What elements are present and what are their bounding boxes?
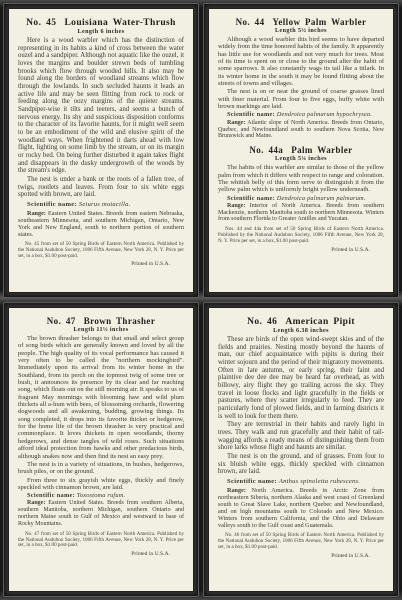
card-title: No. 47Brown Thrasher: [18, 316, 184, 326]
description-paragraph: They are terrestrial in their habits and…: [218, 421, 384, 452]
card-46: No. 46American Pipit Length 6.38 inches …: [208, 307, 394, 592]
card-number: No. 46: [247, 317, 277, 327]
description-paragraph: The nest is on or near the ground of coa…: [218, 88, 384, 110]
scientific-name-label: Scientific name:: [227, 195, 275, 202]
scientific-name-value: Anthus spinoletta rubescens.: [279, 478, 360, 485]
scientific-name-value: Dendroica palmarum palmarum.: [277, 195, 366, 202]
card-number: No. 44a: [249, 145, 283, 155]
card-photo-board: No. 45Louisiana Water-Thrush Length 6 in…: [0, 0, 402, 600]
card-number: No. 44: [236, 17, 265, 27]
scientific-name-line: Scientific name: Toxostoma rufum.: [18, 492, 184, 499]
card-entry: No. 45Louisiana Water-Thrush Length 6 in…: [18, 16, 184, 240]
card-sleeve-46: No. 46American Pipit Length 6.38 inches …: [203, 302, 399, 597]
card-title: No. 44aPalm Warbler: [218, 145, 384, 155]
range-line: Range: Atlantic slope of North America. …: [218, 120, 384, 140]
description-paragraph: Here is a wood warbler which has the dis…: [18, 37, 184, 175]
card-title: No. 45Louisiana Water-Thrush: [18, 18, 184, 28]
range-label: Range:: [27, 210, 46, 217]
card-title: No. 46American Pipit: [218, 317, 384, 327]
scientific-name-value: Toxostoma rufum.: [77, 492, 125, 499]
description-paragraph: The nest is in a variety of situations, …: [18, 461, 184, 476]
card-44-44a: No. 44Yellow Palm Warbler Length 5½ inch…: [208, 8, 394, 293]
printed-note: Printed in U.S.A.: [18, 551, 184, 557]
card-45: No. 45Louisiana Water-Thrush Length 6 in…: [8, 8, 194, 293]
card-bird-name: Yellow Palm Warbler: [272, 17, 366, 27]
scientific-name-line: Scientific name: Dendroica palmarum palm…: [218, 195, 384, 202]
card-47: No. 47Brown Thrasher Length 11½ inches T…: [8, 307, 194, 592]
card-number: No. 47: [47, 316, 76, 326]
description-paragraph: The brown thrasher belongs to that small…: [18, 335, 184, 460]
card-sleeve-44: No. 44Yellow Palm Warbler Length 5½ inch…: [203, 3, 399, 298]
card-sleeve-47: No. 47Brown Thrasher Length 11½ inches T…: [3, 302, 199, 597]
scientific-name-label: Scientific name:: [27, 201, 77, 208]
card-entry: No. 44Yellow Palm Warbler Length 5½ inch…: [218, 16, 384, 142]
length-line: Length 11½ inches: [18, 327, 184, 333]
scientific-name-value: Dendroica palmarum hypochrysea.: [277, 111, 372, 118]
set-footnote: Nos. 44 and 44a from set of 50 Spring Bi…: [218, 227, 384, 245]
scientific-name-label: Scientific name:: [27, 492, 75, 499]
range-line: Range: Interior of North America. Breeds…: [218, 203, 384, 223]
range-line: Range: Eastern United States. Breeds fro…: [18, 500, 184, 527]
length-line: Length 5½ inches: [218, 28, 384, 34]
scientific-name-line: Scientific name: Anthus spinoletta rubes…: [218, 478, 384, 486]
description-paragraph: The habits of this warbler are similar t…: [218, 164, 384, 193]
scientific-name-line: Scientific name: Seiurus motacilla.: [18, 201, 184, 209]
card-entry: No. 44aPalm Warbler Length 5¼ inches The…: [218, 144, 384, 225]
range-label: Range:: [27, 500, 45, 506]
range-text: North America. Breeds in Arctic Zone fro…: [218, 487, 384, 529]
set-footnote: No. 45 from set of 50 Spring Birds of Ea…: [18, 242, 184, 260]
printed-note: Printed in U.S.A.: [218, 247, 384, 253]
range-label: Range:: [227, 487, 246, 494]
description-paragraph: The nest is on the ground, and of grasse…: [218, 453, 384, 476]
range-line: Range: North America. Breeds in Arctic Z…: [218, 487, 384, 529]
set-footnote: No. 46 from set of 50 Spring Birds of Ea…: [218, 533, 384, 551]
card-number: No. 45: [26, 18, 56, 28]
card-bird-name: Brown Thrasher: [84, 316, 156, 326]
card-entry: No. 47Brown Thrasher Length 11½ inches T…: [18, 315, 184, 530]
printed-note: Printed in U.S.A.: [218, 553, 384, 559]
card-bird-name: American Pipit: [285, 317, 355, 327]
scientific-name-label: Scientific name:: [227, 111, 275, 118]
range-label: Range:: [227, 203, 245, 209]
scientific-name-label: Scientific name:: [227, 478, 277, 485]
length-line: Length 6 inches: [18, 29, 184, 35]
description-paragraph: The nest is under a bank or the roots of…: [18, 176, 184, 199]
card-bird-name: Palm Warbler: [291, 145, 352, 155]
scientific-name-line: Scientific name: Dendroica palmarum hypo…: [218, 111, 384, 118]
range-label: Range:: [227, 120, 245, 126]
card-sleeve-45: No. 45Louisiana Water-Thrush Length 6 in…: [3, 3, 199, 298]
printed-note: Printed in U.S.A.: [18, 261, 184, 267]
description-paragraph: From three to six grayish white eggs, th…: [18, 477, 184, 492]
description-paragraph: Although a wood warbler this bird seems …: [218, 36, 384, 87]
card-bird-name: Louisiana Water-Thrush: [64, 18, 175, 28]
length-line: Length 5¼ inches: [218, 156, 384, 162]
description-paragraph: These are birds of the open wind-swept s…: [218, 336, 384, 420]
card-entry: No. 46American Pipit Length 6.38 inches …: [218, 315, 384, 531]
scientific-name-value: Seiurus motacilla.: [79, 201, 131, 208]
set-footnote: No. 47 from set of 50 Spring Birds of Ea…: [18, 532, 184, 550]
card-title: No. 44Yellow Palm Warbler: [218, 17, 384, 27]
length-line: Length 6.38 inches: [218, 328, 384, 334]
range-line: Range: Eastern United States. Breeds fro…: [18, 210, 184, 238]
